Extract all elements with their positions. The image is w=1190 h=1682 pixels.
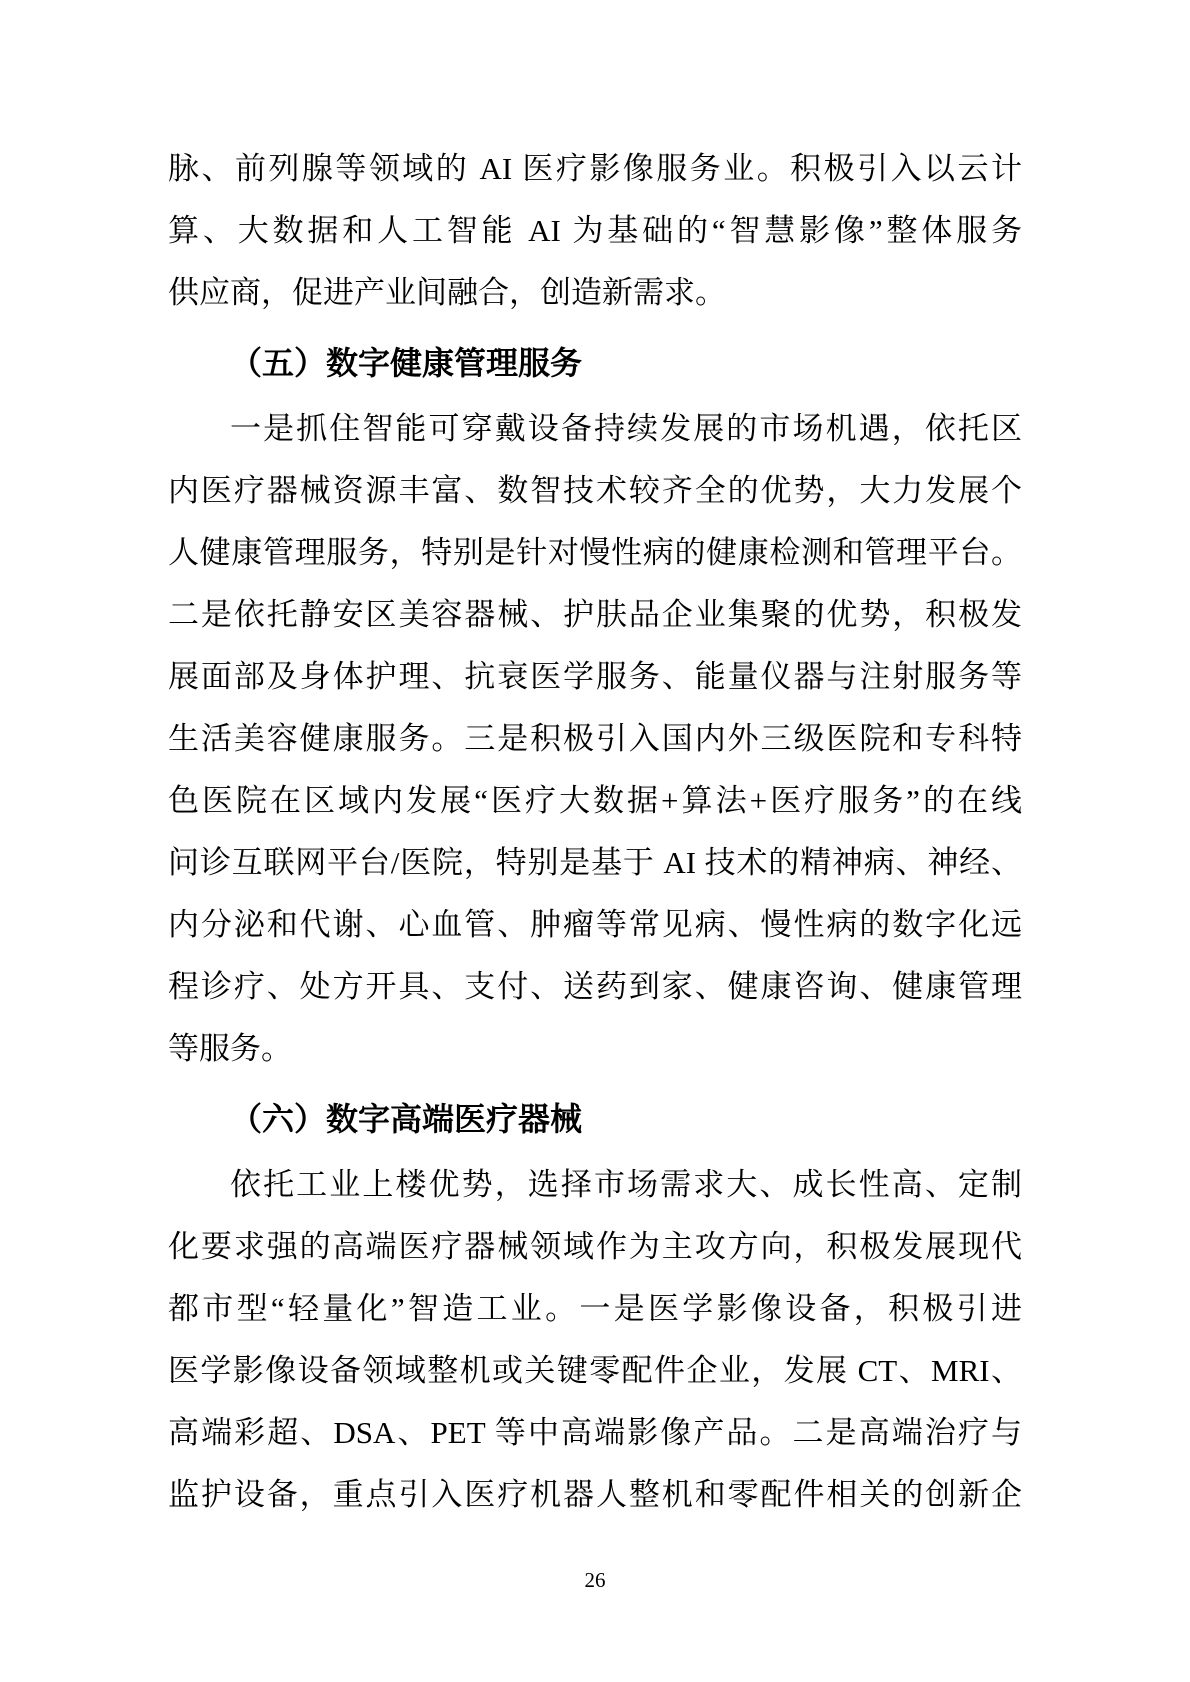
section-heading: （五）数字健康管理服务: [168, 332, 1022, 394]
text-line: 展面部及身体护理、抗衰医学服务、能量仪器与注射服务等: [168, 646, 1022, 708]
document-page: 脉、前列腺等领域的 AI 医疗影像服务业。积极引入以云计算、大数据和人工智能 A…: [0, 0, 1190, 1682]
text-line: 二是依托静安区美容器械、护肤品企业集聚的优势，积极发: [168, 584, 1022, 646]
text-line: 监护设备，重点引入医疗机器人整机和零配件相关的创新企: [168, 1464, 1022, 1526]
text-line: 等服务。: [168, 1018, 1022, 1080]
text-line: 一是抓住智能可穿戴设备持续发展的市场机遇，依托区: [168, 398, 1022, 460]
text-line: 色医院在区域内发展“医疗大数据+算法+医疗服务”的在线: [168, 770, 1022, 832]
text-line: 人健康管理服务，特别是针对慢性病的健康检测和管理平台。: [168, 522, 1022, 584]
text-line: 算、大数据和人工智能 AI 为基础的“智慧影像”整体服务: [168, 200, 1022, 262]
text-line: 内医疗器械资源丰富、数智技术较齐全的优势，大力发展个: [168, 460, 1022, 522]
text-line: 都市型“轻量化”智造工业。一是医学影像设备，积极引进: [168, 1278, 1022, 1340]
text-line: 生活美容健康服务。三是积极引入国内外三级医院和专科特: [168, 708, 1022, 770]
text-line: 供应商，促进产业间融合，创造新需求。: [168, 262, 1022, 324]
text-line: 程诊疗、处方开具、支付、送药到家、健康咨询、健康管理: [168, 956, 1022, 1018]
text-line: 内分泌和代谢、心血管、肿瘤等常见病、慢性病的数字化远: [168, 894, 1022, 956]
page-number: 26: [0, 1566, 1190, 1594]
text-line: 问诊互联网平台/医院，特别是基于 AI 技术的精神病、神经、: [168, 832, 1022, 894]
section-heading: （六）数字高端医疗器械: [168, 1088, 1022, 1150]
text-body: 脉、前列腺等领域的 AI 医疗影像服务业。积极引入以云计算、大数据和人工智能 A…: [168, 138, 1022, 1526]
text-line: 高端彩超、DSA、PET 等中高端影像产品。二是高端治疗与: [168, 1402, 1022, 1464]
text-line: 化要求强的高端医疗器械领域作为主攻方向，积极发展现代: [168, 1216, 1022, 1278]
text-line: 医学影像设备领域整机或关键零配件企业，发展 CT、MRI、: [168, 1340, 1022, 1402]
text-line: 脉、前列腺等领域的 AI 医疗影像服务业。积极引入以云计: [168, 138, 1022, 200]
text-line: 依托工业上楼优势，选择市场需求大、成长性高、定制: [168, 1154, 1022, 1216]
